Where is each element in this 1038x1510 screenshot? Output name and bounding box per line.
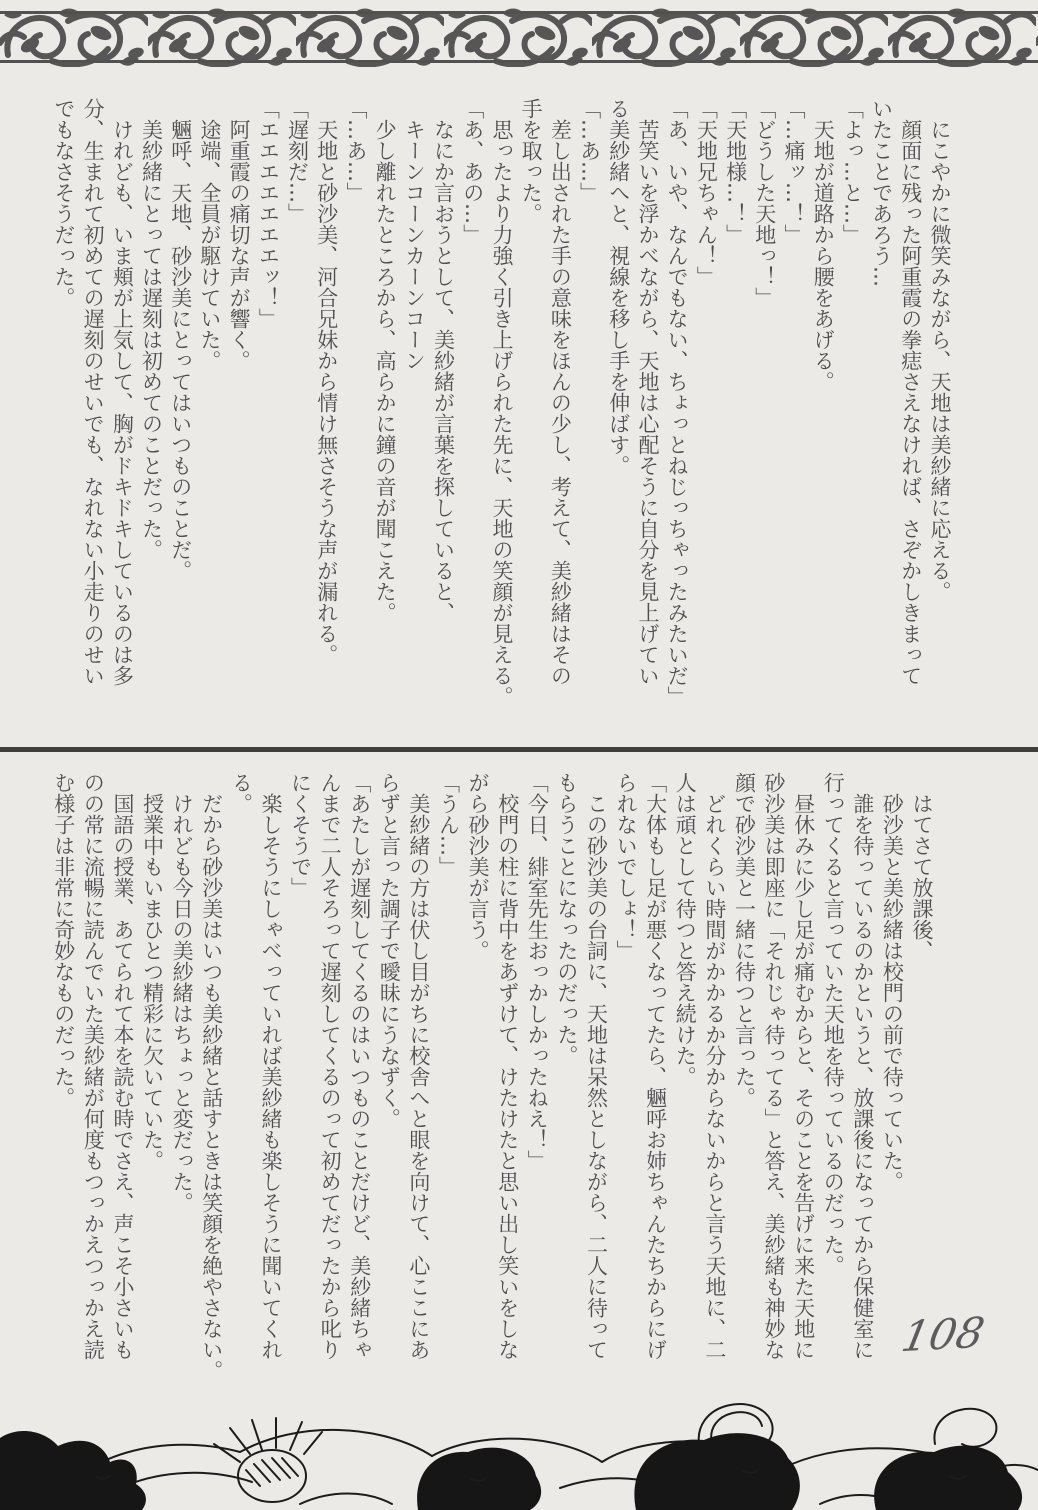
manga-illustration — [0, 1392, 1038, 1510]
book-page: にこやかに微笑みながら、天地は美紗緒に応える。 顔面に残った阿重霞の拳痣さえなけ… — [0, 0, 1038, 1510]
story-text-bottom: はてさて放課後、 砂沙美と美紗緒は校門の前で待っていた。 誰を待っているのかとい… — [48, 772, 936, 1414]
page-number: 108 — [898, 1308, 989, 1361]
sleeping-characters-lineart-icon — [0, 1392, 1038, 1510]
story-text-top: にこやかに微笑みながら、天地は美紗緒に応える。 顔面に残った阿重霞の拳痣さえなけ… — [49, 98, 954, 750]
floral-scroll-icon — [0, 3, 1038, 75]
section-divider — [0, 747, 1038, 752]
floral-border-ornament — [0, 3, 1038, 75]
